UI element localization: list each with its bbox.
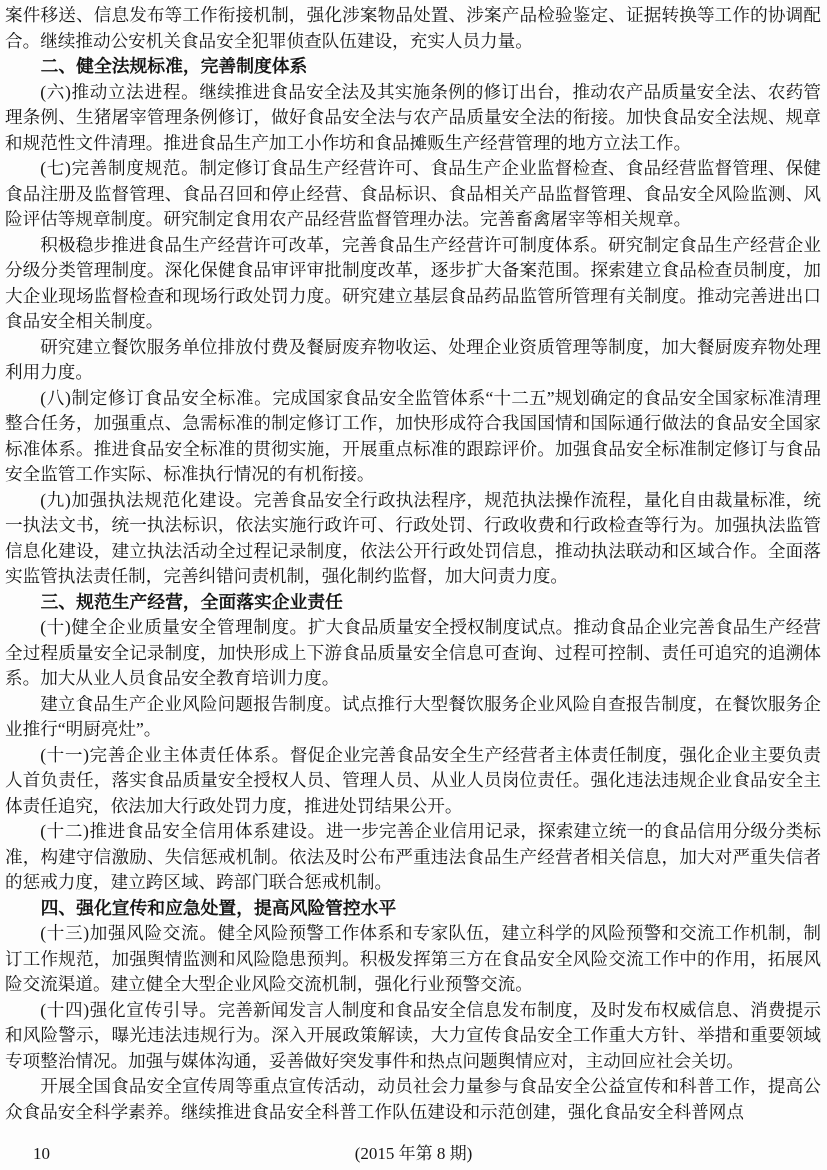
paragraph-risk-report: 建立食品生产企业风险问题报告制度。试点推行大型餐饮服务企业风险自查报告制度，在餐… bbox=[5, 692, 821, 743]
section-heading-2: 二、健全法规标准，完善制度体系 bbox=[5, 54, 821, 80]
item-paragraph-13: (十三)加强风险交流。健全风险预警工作体系和专家队伍，建立科学的风险预警和交流工… bbox=[5, 921, 821, 998]
item-lead-14: (十四)强化宣传引导。 bbox=[40, 1000, 217, 1020]
item-lead-12: (十二)推进食品安全信用体系建设。 bbox=[40, 821, 326, 841]
item-paragraph-7: (七)完善制度规范。制定修订食品生产经营许可、食品生产企业监督检查、食品经营监督… bbox=[5, 156, 821, 233]
page-footer: 10 (2015 年第 8 期) bbox=[0, 1141, 827, 1166]
item-paragraph-9: (九)加强执法规范化建设。完善食品安全行政执法程序，规范执法操作流程，量化自由裁… bbox=[5, 488, 821, 590]
item-lead-7: (七)完善制度规范。 bbox=[40, 158, 199, 178]
document-page: 案件移送、信息发布等工作衔接机制，强化涉案物品处置、涉案产品检验鉴定、证据转换等… bbox=[0, 0, 827, 1170]
issue-label: (2015 年第 8 期) bbox=[0, 1141, 827, 1166]
item-lead-10: (十)健全企业质量安全管理制度。 bbox=[40, 617, 308, 637]
item-lead-6: (六)推动立法进程。 bbox=[40, 82, 199, 102]
item-paragraph-8: (八)制定修订食品安全标准。完成国家食品安全监管体系“十二五”规划确定的食品安全… bbox=[5, 386, 821, 488]
item-paragraph-6: (六)推动立法进程。继续推进食品安全法及其实施条例的修订出台，推动农产品质量安全… bbox=[5, 80, 821, 157]
item-paragraph-10: (十)健全企业质量安全管理制度。扩大食品质量安全授权制度试点。推动食品企业完善食… bbox=[5, 615, 821, 692]
section-heading-3: 三、规范生产经营，全面落实企业责任 bbox=[5, 590, 821, 616]
item-paragraph-12: (十二)推进食品安全信用体系建设。进一步完善企业信用记录，探索建立统一的食品信用… bbox=[5, 819, 821, 896]
item-lead-13: (十三)加强风险交流。 bbox=[40, 923, 217, 943]
item-paragraph-11: (十一)完善企业主体责任体系。督促企业完善食品安全生产经营者主体责任制度，强化企… bbox=[5, 743, 821, 820]
document-body: 案件移送、信息发布等工作衔接机制，强化涉案物品处置、涉案产品检验鉴定、证据转换等… bbox=[5, 3, 821, 1125]
paragraph-kitchen-waste: 研究建立餐饮服务单位排放付费及餐厨废弃物收运、处理企业资质管理等制度，加大餐厨废… bbox=[5, 335, 821, 386]
item-lead-11: (十一)完善企业主体责任体系。 bbox=[40, 745, 290, 765]
item-paragraph-14: (十四)强化宣传引导。完善新闻发言人制度和食品安全信息发布制度，及时发布权威信息… bbox=[5, 998, 821, 1075]
paragraph-continuation: 案件移送、信息发布等工作衔接机制，强化涉案物品处置、涉案产品检验鉴定、证据转换等… bbox=[5, 3, 821, 54]
paragraph-licensing-reform: 积极稳步推进食品生产经营许可改革，完善食品生产经营许可制度体系。研究制定食品生产… bbox=[5, 233, 821, 335]
section-heading-4: 四、强化宣传和应急处置，提高风险管控水平 bbox=[5, 896, 821, 922]
page-number: 10 bbox=[33, 1141, 50, 1166]
item-lead-9: (九)加强执法规范化建设。 bbox=[40, 490, 254, 510]
item-lead-8: (八)制定修订食品安全标准。 bbox=[40, 388, 272, 408]
paragraph-publicity-week: 开展全国食品安全宣传周等重点宣传活动，动员社会力量参与食品安全公益宣传和科普工作… bbox=[5, 1074, 821, 1125]
